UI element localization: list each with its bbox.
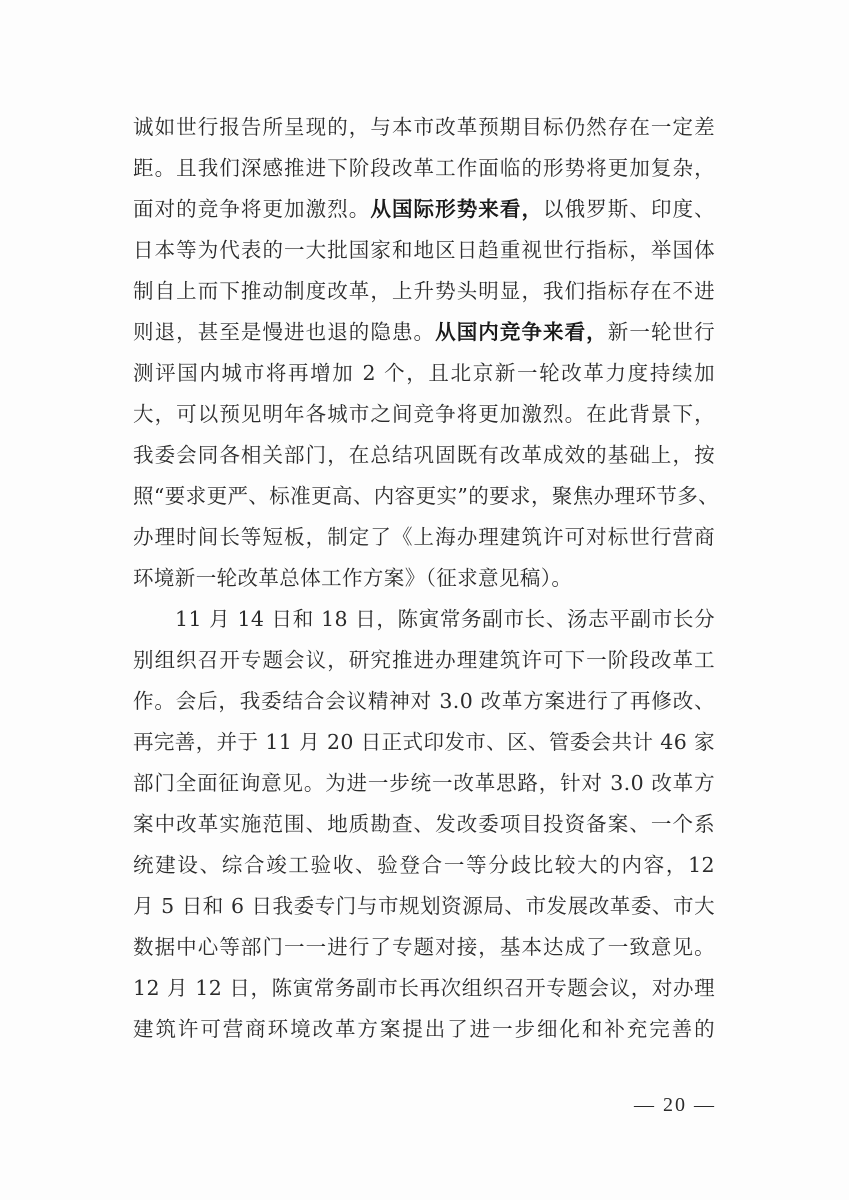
bold-heading-phrase: 从国际形势来看， <box>370 197 543 221</box>
text-segment: 数据中心等部门一一进行了专题对接，基本达成了一致意见。 <box>133 935 715 959</box>
text-line: 环境新一轮改革总体工作方案》（征求意见稿）。 <box>133 558 715 599</box>
body-text: 诚如世行报告所呈现的，与本市改革预期目标仍然存在一定差距。且我们深感推进下阶段改… <box>133 107 715 1050</box>
text-segment: 日本等为代表的一大批国家和地区日趋重视世行指标，举国体 <box>133 238 715 262</box>
paragraph-first-line: 11 月 14 日和 18 日，陈寅常务副市长、汤志平副市长分 <box>133 599 715 640</box>
text-segment: 我委会同各相关部门，在总结巩固既有改革成效的基础上，按 <box>133 443 715 467</box>
text-segment: 新一轮世行 <box>608 320 715 344</box>
text-segment: 面对的竞争将更加激烈。 <box>133 197 370 221</box>
text-line: 统建设、综合竣工验收、验登合一等分歧比较大的内容，12 <box>133 845 715 886</box>
text-line: 再完善，并于 11 月 20 日正式印发市、区、管委会共计 46 家 <box>133 722 715 763</box>
text-line: 部门全面征询意见。为进一步统一改革思路，针对 3.0 改革方 <box>133 763 715 804</box>
document-page: 诚如世行报告所呈现的，与本市改革预期目标仍然存在一定差距。且我们深感推进下阶段改… <box>0 0 849 1200</box>
text-line: 面对的竞争将更加激烈。从国际形势来看，以俄罗斯、印度、 <box>133 189 715 230</box>
text-line: 照“要求更严、标准更高、内容更实”的要求，聚焦办理环节多、 <box>133 476 715 517</box>
text-segment: 再完善，并于 11 月 20 日正式印发市、区、管委会共计 46 家 <box>133 730 715 754</box>
text-line: 别组织召开专题会议，研究推进办理建筑许可下一阶段改革工 <box>133 640 715 681</box>
text-segment: 12 月 12 日，陈寅常务副市长再次组织召开专题会议，对办理 <box>133 976 715 1000</box>
text-segment: 测评国内城市将再增加 2 个，且北京新一轮改革力度持续加 <box>133 361 715 385</box>
text-segment: 环境新一轮改革总体工作方案》（征求意见稿）。 <box>133 566 572 590</box>
text-line: 我委会同各相关部门，在总结巩固既有改革成效的基础上，按 <box>133 435 715 476</box>
text-line: 月 5 日和 6 日我委专门与市规划资源局、市发展改革委、市大 <box>133 886 715 927</box>
text-segment: 距。且我们深感推进下阶段改革工作面临的形势将更加复杂， <box>133 156 715 180</box>
page-number: — 20 — <box>634 1094 716 1117</box>
text-line: 大，可以预见明年各城市之间竞争将更加激烈。在此背景下， <box>133 394 715 435</box>
text-line: 数据中心等部门一一进行了专题对接，基本达成了一致意见。 <box>133 927 715 968</box>
text-line: 作。会后，我委结合会议精神对 3.0 改革方案进行了再修改、 <box>133 681 715 722</box>
text-line: 测评国内城市将再增加 2 个，且北京新一轮改革力度持续加 <box>133 353 715 394</box>
text-line: 案中改革实施范围、地质勘查、发改委项目投资备案、一个系 <box>133 804 715 845</box>
text-segment: 则退，甚至是慢进也退的隐患。 <box>133 320 435 344</box>
text-segment: 大，可以预见明年各城市之间竞争将更加激烈。在此背景下， <box>133 402 715 426</box>
text-line: 建筑许可营商环境改革方案提出了进一步细化和补充完善的 <box>133 1009 715 1050</box>
text-segment: 以俄罗斯、印度、 <box>543 197 715 221</box>
text-segment: 案中改革实施范围、地质勘查、发改委项目投资备案、一个系 <box>133 812 715 836</box>
bold-heading-phrase: 从国内竞争来看， <box>435 320 608 344</box>
text-segment: 部门全面征询意见。为进一步统一改革思路，针对 3.0 改革方 <box>133 771 715 795</box>
text-line: 12 月 12 日，陈寅常务副市长再次组织召开专题会议，对办理 <box>133 968 715 1009</box>
text-line: 制自上而下推动制度改革，上升势头明显，我们指标存在不进 <box>133 271 715 312</box>
text-segment: 照“要求更严、标准更高、内容更实”的要求，聚焦办理环节多、 <box>133 484 719 508</box>
text-segment: 月 5 日和 6 日我委专门与市规划资源局、市发展改革委、市大 <box>133 894 715 918</box>
text-line: 距。且我们深感推进下阶段改革工作面临的形势将更加复杂， <box>133 148 715 189</box>
text-segment: 11 月 14 日和 18 日，陈寅常务副市长、汤志平副市长分 <box>175 607 715 631</box>
text-segment: 别组织召开专题会议，研究推进办理建筑许可下一阶段改革工 <box>133 648 715 672</box>
text-segment: 诚如世行报告所呈现的，与本市改革预期目标仍然存在一定差 <box>133 115 715 139</box>
text-segment: 办理时间长等短板，制定了《上海办理建筑许可对标世行营商 <box>133 525 715 549</box>
text-line: 诚如世行报告所呈现的，与本市改革预期目标仍然存在一定差 <box>133 107 715 148</box>
text-line: 则退，甚至是慢进也退的隐患。从国内竞争来看，新一轮世行 <box>133 312 715 353</box>
text-segment: 作。会后，我委结合会议精神对 3.0 改革方案进行了再修改、 <box>133 689 715 713</box>
text-segment: 制自上而下推动制度改革，上升势头明显，我们指标存在不进 <box>133 279 715 303</box>
text-line: 日本等为代表的一大批国家和地区日趋重视世行指标，举国体 <box>133 230 715 271</box>
text-segment: 建筑许可营商环境改革方案提出了进一步细化和补充完善的 <box>133 1017 715 1041</box>
text-line: 办理时间长等短板，制定了《上海办理建筑许可对标世行营商 <box>133 517 715 558</box>
text-segment: 统建设、综合竣工验收、验登合一等分歧比较大的内容，12 <box>133 853 715 877</box>
